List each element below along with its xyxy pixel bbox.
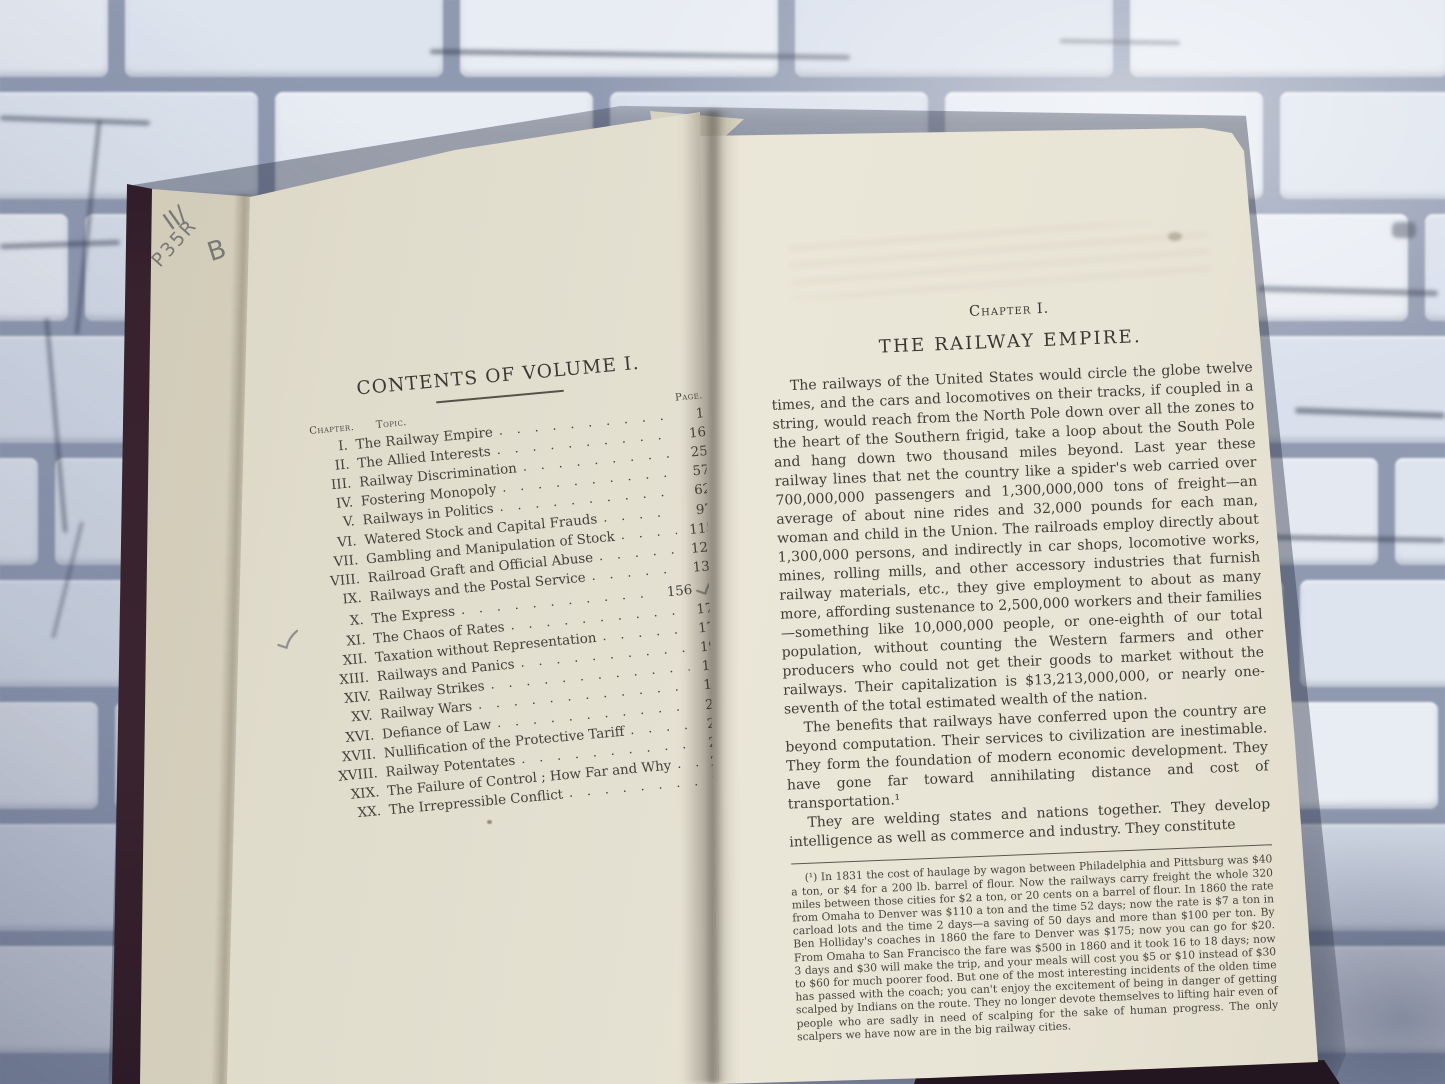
book-gutter-shadow (682, 110, 738, 1084)
wall-brick (0, 0, 108, 77)
chapter-title: THE RAILWAY EMPIRE. (769, 322, 1251, 362)
wall-brick (125, 0, 443, 77)
toc-divider-rule (436, 390, 564, 403)
pencil-mark-3: B (204, 234, 230, 268)
wall-brick (1130, 0, 1445, 77)
wall-brick (1300, 580, 1445, 687)
show-through-text (789, 220, 1211, 299)
body-paragraph: The railways of the United States would … (771, 359, 1266, 720)
toc-chapter-numeral: XX. (335, 803, 390, 826)
wall-brick (1395, 458, 1445, 565)
wall-brick (460, 0, 778, 77)
wall-brick (0, 214, 68, 321)
wall-brick (1425, 214, 1445, 321)
pencil-handwriting: II/ P35R B (150, 198, 260, 308)
wall-brick (0, 458, 38, 565)
pencil-checkmark-icon (275, 629, 304, 657)
toc-col-chapter: Chapter. (300, 422, 355, 438)
footnote-text: (¹) In 1831 the cost of haulage by wagon… (790, 853, 1279, 1044)
table-of-contents: CONTENTS OF VOLUME I. Chapter. Topic. Pa… (296, 347, 739, 825)
paper-speck (487, 820, 492, 824)
photo-scene: II/ P35R B CONTENTS OF VOLUME I. Chapter… (0, 0, 1445, 1084)
body-paragraphs: The railways of the United States would … (771, 359, 1272, 853)
wall-brick (1280, 92, 1445, 199)
toc-entries: I.The Railway Empire. . . . . . . . . . … (301, 404, 738, 826)
mortar-crack (1392, 222, 1416, 238)
chapter-page-content: Chapter I. THE RAILWAY EMPIRE. The railw… (768, 293, 1279, 1044)
chapter-heading: Chapter I. (768, 293, 1250, 328)
wall-brick (0, 702, 98, 809)
